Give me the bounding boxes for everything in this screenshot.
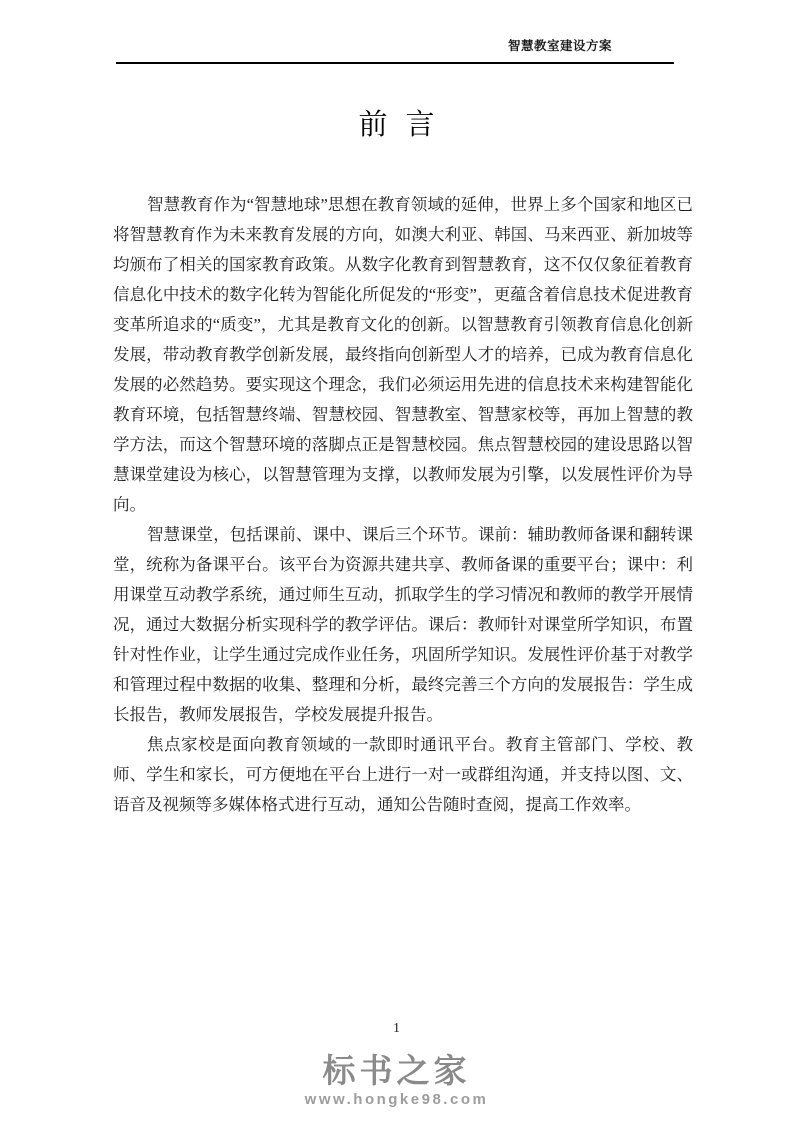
paragraph-3: 焦点家校是面向教育领域的一款即时通讯平台。教育主管部门、学校、教师、学生和家长，… (113, 730, 693, 820)
paragraph-2: 智慧课堂，包括课前、课中、课后三个环节。课前：辅助教师备课和翻转课堂，统称为备课… (113, 520, 693, 730)
watermark: 标书之家 www.hongke98.com (0, 1051, 793, 1108)
watermark-logo-text: 标书之家 (0, 1051, 793, 1091)
document-body: 智慧教育作为“智慧地球”思想在教育领域的延伸，世界上多个国家和地区已将智慧教育作… (113, 190, 693, 820)
document-page: 智慧教室建设方案 前言 智慧教育作为“智慧地球”思想在教育领域的延伸，世界上多个… (0, 0, 793, 1122)
watermark-website-url: www.hongke98.com (0, 1091, 793, 1108)
page-number: 1 (0, 1021, 793, 1037)
paragraph-1: 智慧教育作为“智慧地球”思想在教育领域的延伸，世界上多个国家和地区已将智慧教育作… (113, 190, 693, 520)
document-title: 前言 (0, 102, 793, 143)
header-title: 智慧教室建设方案 (508, 36, 612, 54)
page-header: 智慧教室建设方案 (116, 36, 674, 64)
